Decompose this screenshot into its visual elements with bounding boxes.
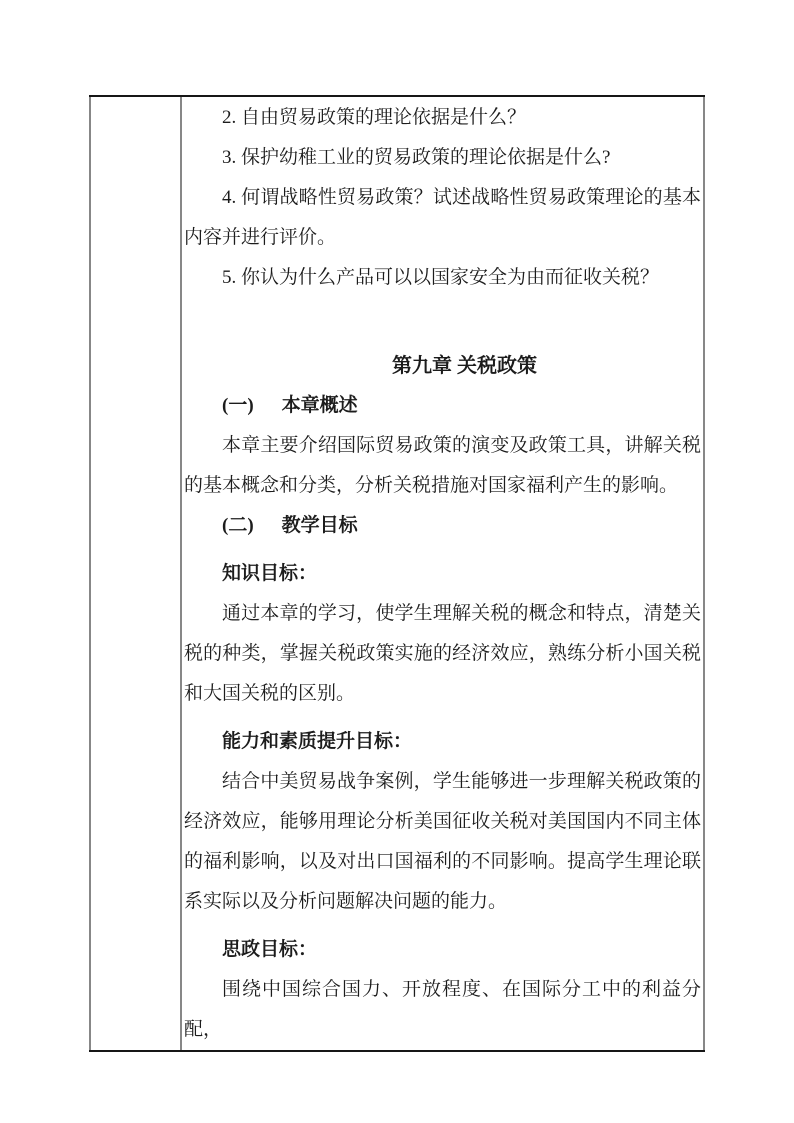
- section-heading-overview: (一)本章概述: [184, 386, 701, 426]
- knowledge-objective-heading: 知识目标：: [184, 554, 701, 594]
- lesson-plan-table: 2. 自由贸易政策的理论依据是什么？ 3. 保护幼稚工业的贸易政策的理论依据是什…: [89, 95, 705, 1052]
- section-heading-objectives: (二)教学目标: [184, 506, 701, 546]
- section-number: (一): [222, 395, 254, 416]
- review-question-5: 5. 你认为什么产品可以以国家安全为由而征收关税？: [184, 258, 701, 298]
- review-question-2: 2. 自由贸易政策的理论依据是什么？: [184, 98, 701, 138]
- review-question-3: 3. 保护幼稚工业的贸易政策的理论依据是什么?: [184, 138, 701, 178]
- chapter-title: 第九章 关税政策: [184, 346, 701, 386]
- knowledge-objective-paragraph: 通过本章的学习，使学生理解关税的概念和特点，清楚关税的种类，掌握关税政策实施的经…: [184, 594, 701, 714]
- section-number: (二): [222, 515, 254, 536]
- section-title: 教学目标: [282, 515, 358, 536]
- overview-paragraph: 本章主要介绍国际贸易政策的演变及政策工具，讲解关税的基本概念和分类，分析关税措施…: [184, 426, 701, 506]
- ideology-objective-heading: 思政目标：: [184, 930, 701, 970]
- table-cell-content: 2. 自由贸易政策的理论依据是什么？ 3. 保护幼稚工业的贸易政策的理论依据是什…: [180, 97, 705, 1050]
- review-question-4: 4. 何谓战略性贸易政策？试述战略性贸易政策理论的基本内容并进行评价。: [184, 178, 701, 258]
- section-title: 本章概述: [282, 395, 358, 416]
- ability-objective-paragraph: 结合中美贸易战争案例，学生能够进一步理解关税政策的经济效应，能够用理论分析美国征…: [184, 762, 701, 922]
- ideology-objective-paragraph: 围绕中国综合国力、开放程度、在国际分工中的利益分配，: [184, 970, 701, 1050]
- ability-objective-heading: 能力和素质提升目标：: [184, 722, 701, 762]
- table-cell-sidebar-empty: [89, 97, 180, 1050]
- document-page: 2. 自由贸易政策的理论依据是什么？ 3. 保护幼稚工业的贸易政策的理论依据是什…: [0, 0, 794, 1123]
